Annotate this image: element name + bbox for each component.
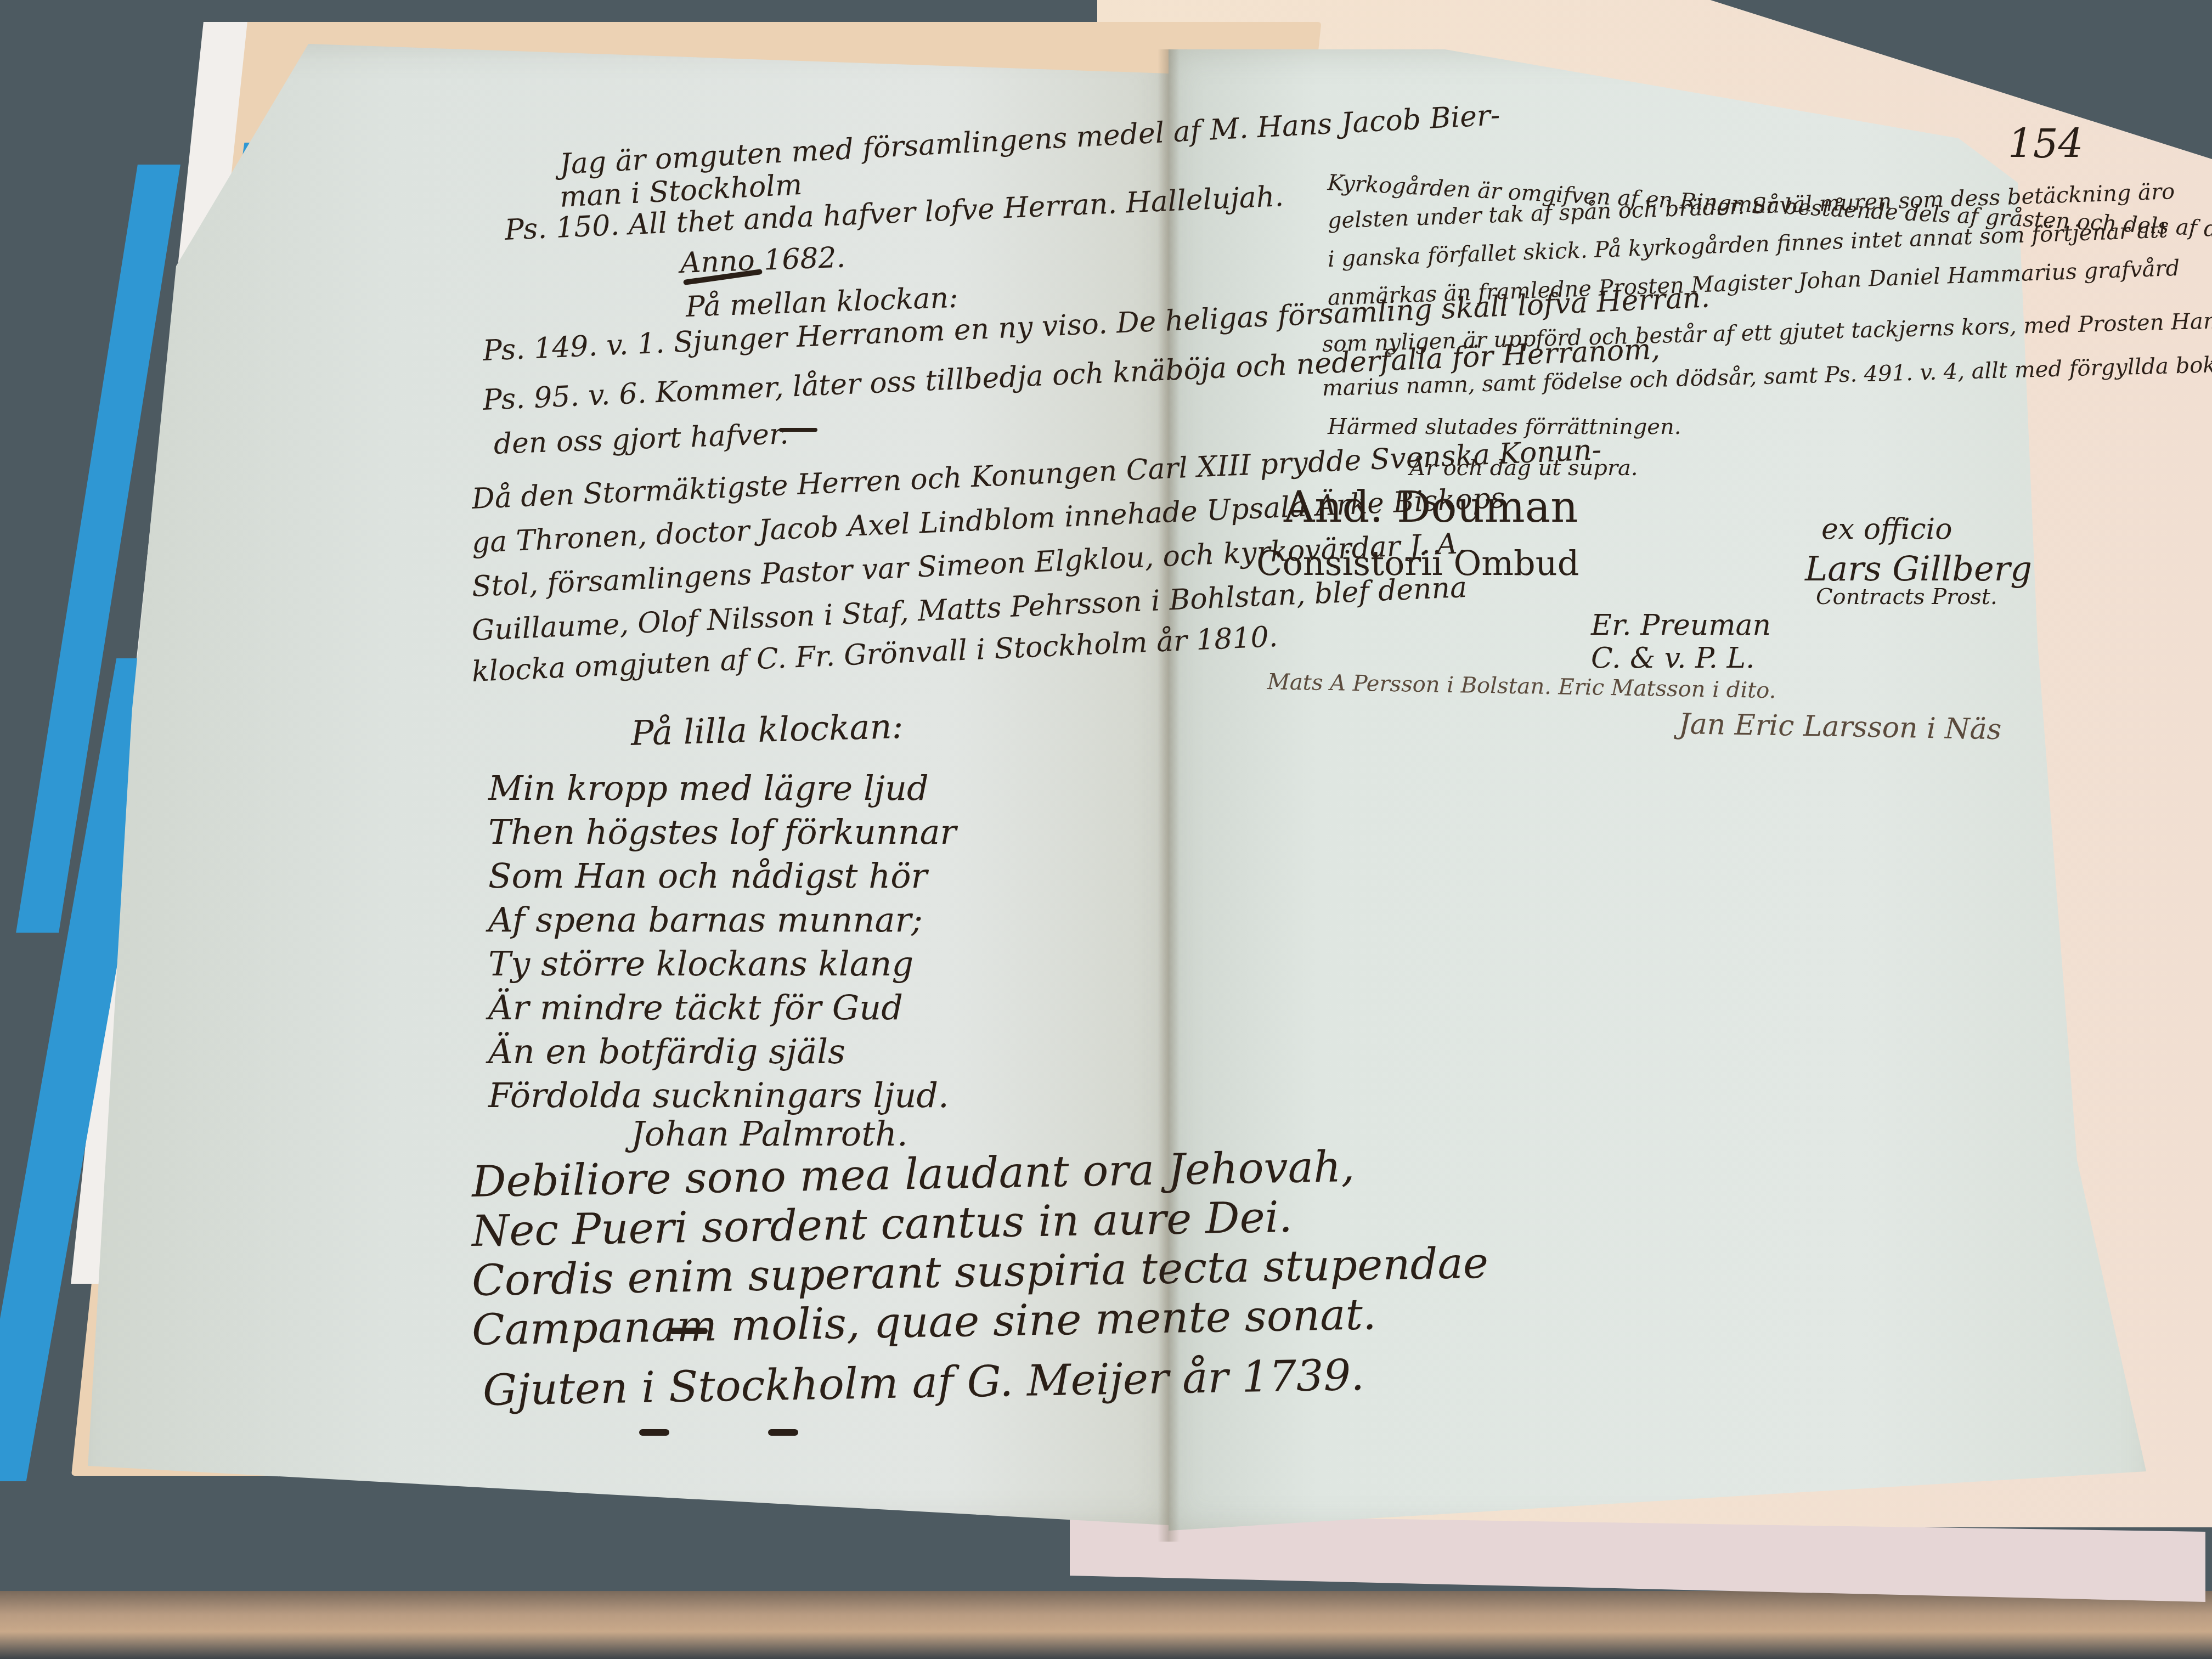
signature-title-right: Contracts Prost. — [1816, 584, 1997, 610]
archive-folder-bottom — [1070, 1514, 2205, 1602]
anno-year: Anno 1682. — [680, 241, 846, 280]
signature-title-left: Consistorii Ombud — [1256, 543, 1579, 583]
dash-mark — [639, 1429, 669, 1436]
page-number: 154 — [2008, 121, 2083, 167]
poem-line: Är mindre täckt för Gud — [488, 988, 903, 1028]
dash-mark — [768, 1429, 798, 1436]
signature-preuman: Er. Preuman — [1591, 609, 1771, 642]
lilla-klockan-heading: På lilla klockan: — [630, 706, 904, 753]
poem-author: Johan Palmroth. — [631, 1114, 908, 1154]
dash-mark — [669, 1328, 708, 1334]
signature-gillberg: Lars Gillberg — [1805, 549, 2032, 589]
closing-line: Härmed slutades förrättningen. — [1328, 414, 1681, 439]
poem-line: Then högstes lof förkunnar — [488, 812, 956, 852]
table-edge — [0, 1591, 2212, 1659]
poem-line: Af spena barnas munnar; — [488, 900, 923, 940]
poem-line: Fördolda suckningars ljud. — [488, 1075, 949, 1115]
poem-line: Min kropp med lägre ljud — [488, 768, 929, 808]
signature-prefix: ex officio — [1821, 513, 1952, 546]
signature-title-center: C. & v. P. L. — [1591, 642, 1755, 675]
poem-line: Ty större klockans klang — [488, 944, 913, 984]
witness-line-2: Jan Eric Larsson i Näs — [1678, 708, 2001, 746]
date-line: År och dag ut supra. — [1410, 455, 1638, 481]
poem-line: Än en botfärdig själs — [488, 1031, 845, 1071]
signature-douman: And. Douman — [1284, 483, 1578, 532]
poem-line: Som Han och nådigst hör — [488, 856, 927, 896]
dash-mark — [779, 428, 817, 432]
